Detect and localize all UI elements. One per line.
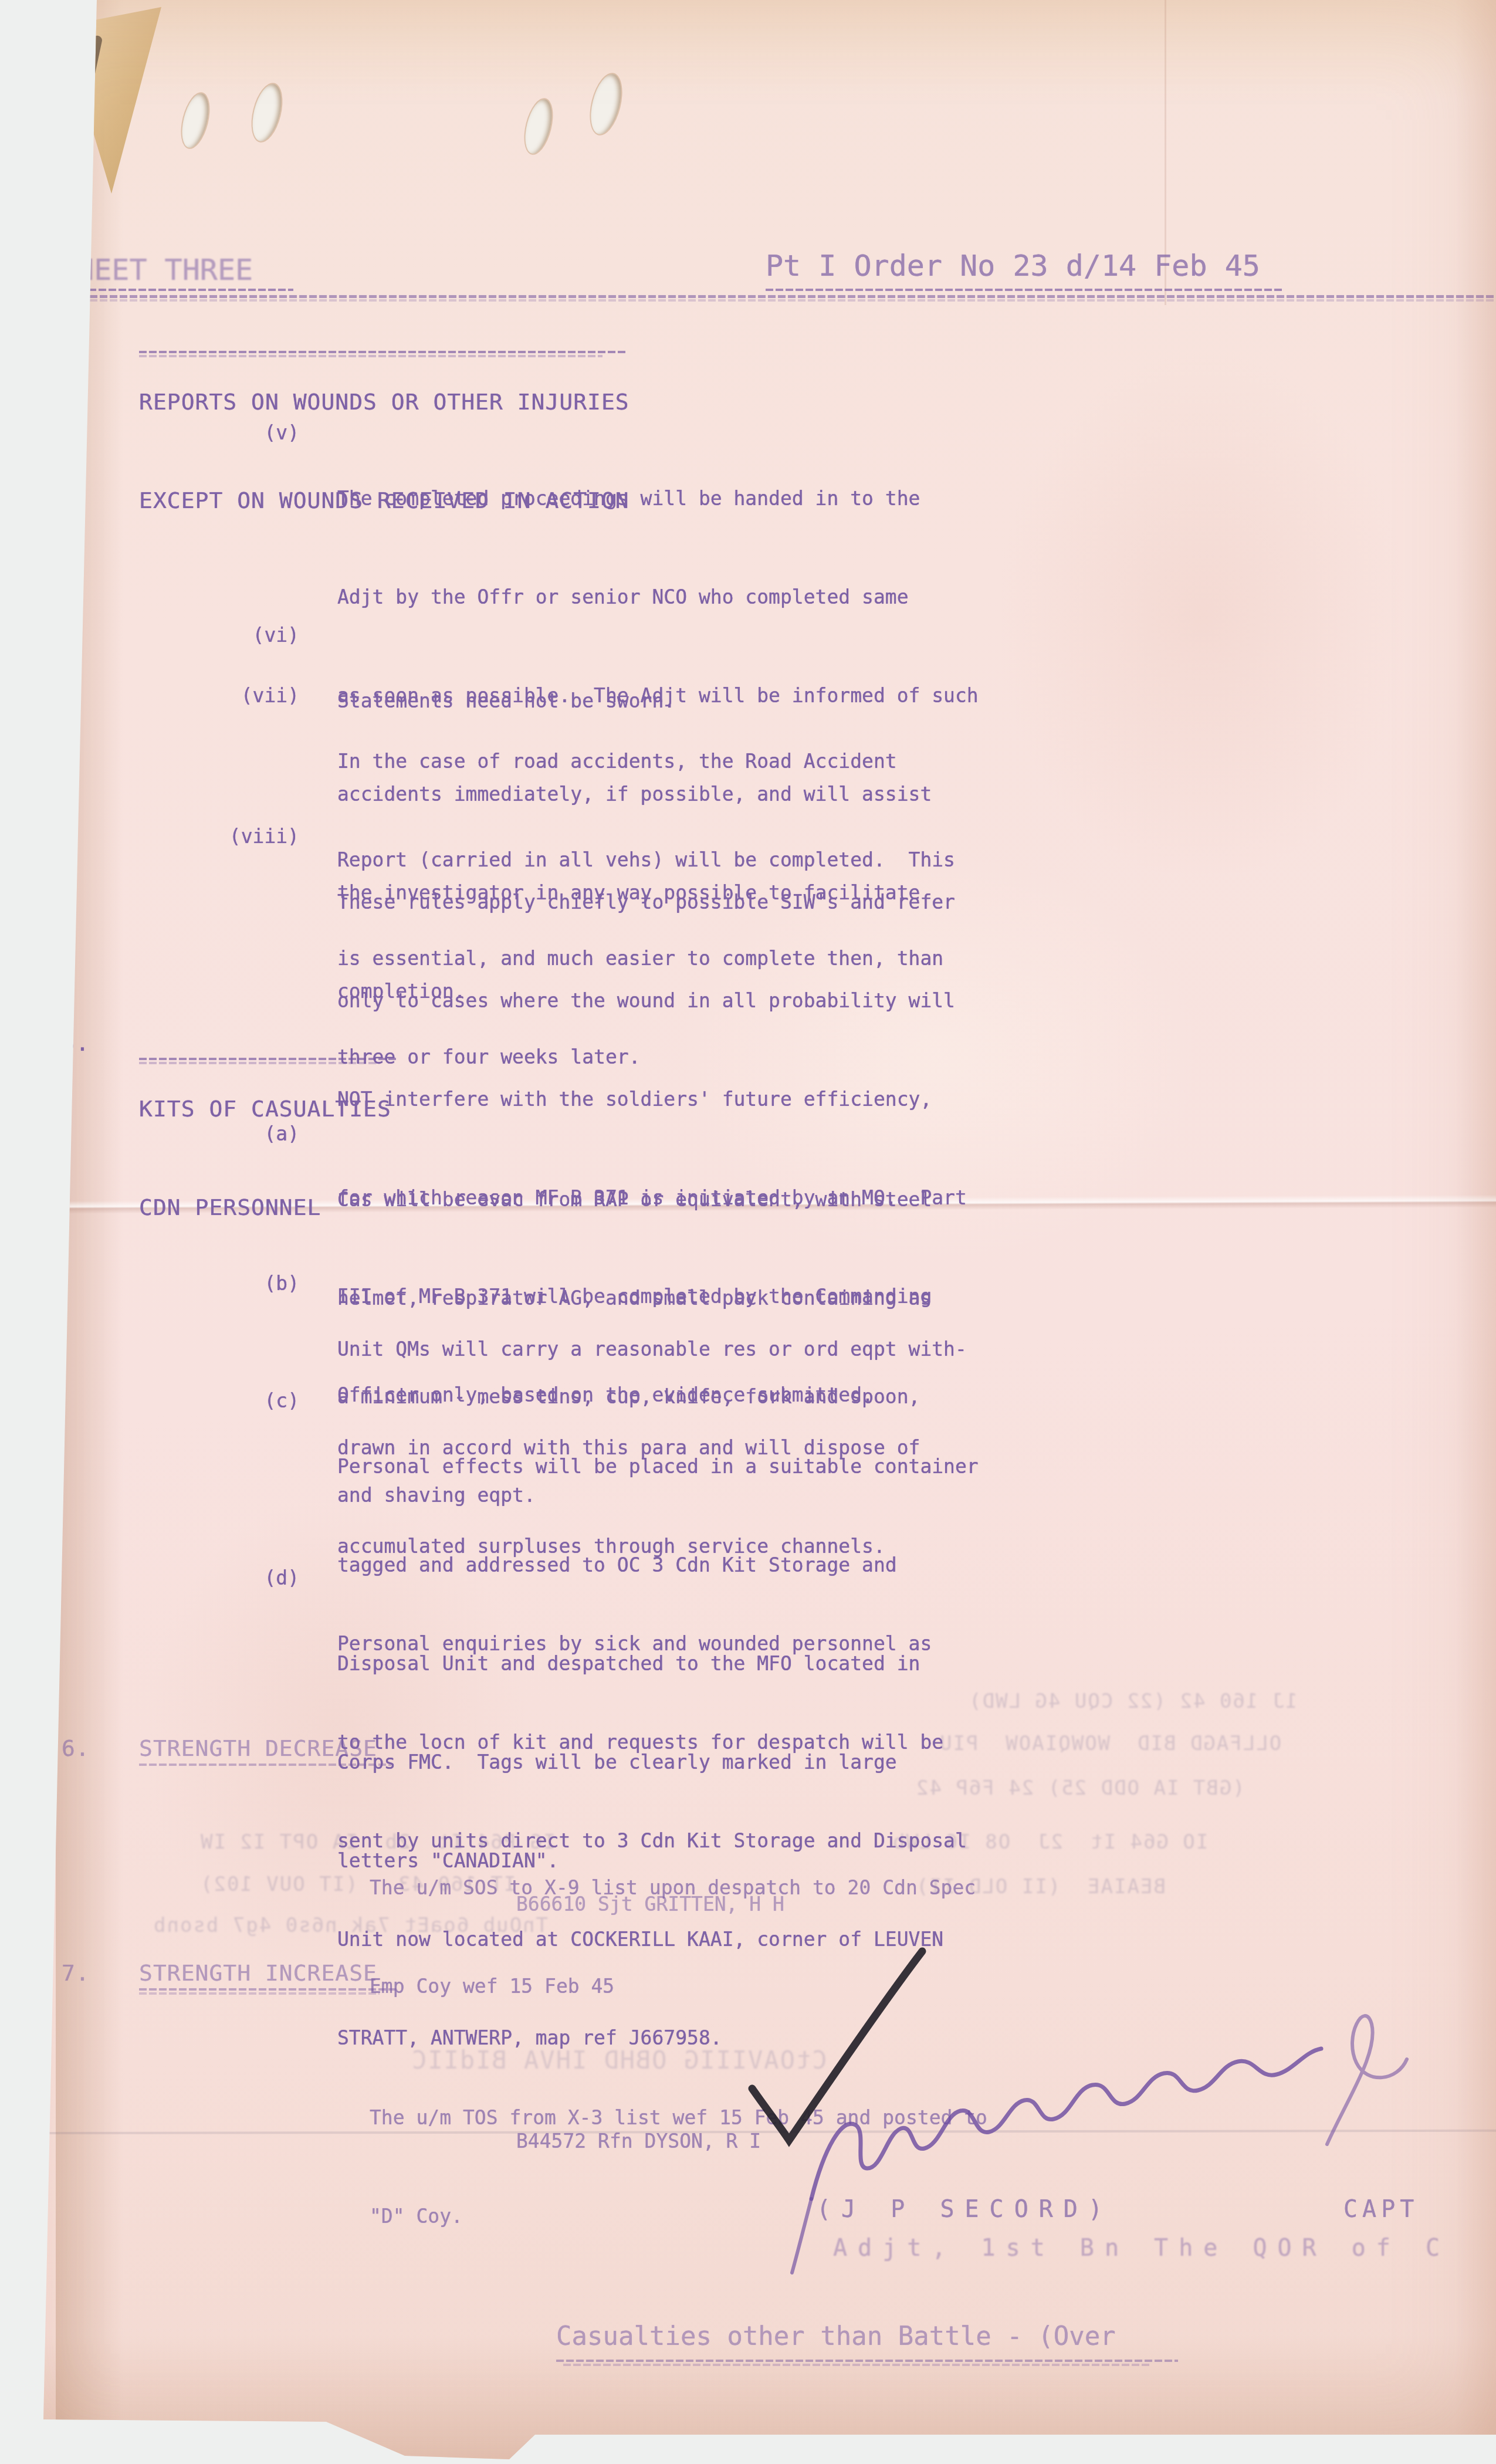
typed-line: only to cases where the wound in all pro… (337, 984, 967, 1017)
paper-sheet: 1J 160 42 (22 CQU 4G LWD) OLLFAGD BID WO… (0, 0, 1496, 2464)
item-label: (b) (217, 1267, 299, 1300)
punch-hole (520, 97, 557, 157)
signatory-appointment: Adjt, 1st Bn The QOR of C (833, 2232, 1450, 2265)
item-label: (viii) (217, 820, 299, 853)
paper-bottom-shading (0, 2335, 1496, 2464)
paper-top-shading (0, 0, 1496, 100)
typed-underline (139, 1764, 391, 1766)
typed-underline (766, 289, 1282, 291)
scanned-document: 1J 160 42 (22 CQU 4G LWD) OLLFAGD BID WO… (0, 0, 1496, 2464)
header-rule-echo (0, 299, 1496, 302)
typed-line: to the locn of kit and requests for desp… (337, 1726, 967, 1759)
typed-line: These rules apply chiefly to possible SI… (337, 886, 967, 919)
section-heading: STRENGTH INCREASE (139, 1957, 377, 1989)
typed-underline (139, 1062, 380, 1064)
item-label: (vi) (217, 619, 299, 652)
typed-underline (563, 2364, 1150, 2366)
section-paragraph: The u/m SOS to X-9 list upon despatch to… (370, 1806, 976, 2069)
bleed-through-line: 1J 160 42 (22 CQU 4G LWD) (968, 1690, 1298, 1713)
typed-underline (139, 355, 603, 357)
typed-signatory-name: (J P SECORD) (817, 2193, 1113, 2226)
soldier-entry: B44572 Rfn DYSON, R I (516, 2125, 761, 2158)
soldier-entry: B66610 Sjt GRITTEN, H H (516, 1888, 784, 1921)
item-label: (vii) (217, 679, 299, 712)
typed-line: Cas will be evac from RAP or equivalent,… (337, 1183, 932, 1216)
section-number: 6. (62, 1732, 90, 1765)
signatory-rank: CAPT (1343, 2193, 1419, 2226)
typed-underline (556, 2360, 1178, 2362)
item-label: (d) (217, 1562, 299, 1595)
typed-underline (59, 289, 293, 291)
order-reference: Pt I Order No 23 d/14 Feb 45 (766, 249, 1260, 282)
typed-line: Adjt by the Offr or senior NCO who compl… (337, 581, 979, 614)
section-heading-line: REPORTS ON WOUNDS OR OTHER INJURIES (139, 385, 629, 418)
section-number: 4. (62, 320, 90, 353)
typed-underline (139, 1988, 397, 1991)
item-label: (c) (217, 1385, 299, 1417)
sheet-label: SHEET THREE (59, 253, 253, 286)
paper-stain (997, 352, 1408, 880)
typed-line: In the case of road accidents, the Road … (337, 745, 955, 778)
typed-underline (139, 351, 626, 353)
paper-left-edge-shadow (56, 0, 123, 2464)
bleed-through-line: OLLFAGD BID WOWQIAOW PIU (939, 1732, 1281, 1755)
section-number: 5. (62, 1027, 90, 1060)
signature-flourish (1327, 2016, 1407, 2144)
typed-underline (139, 1058, 397, 1060)
section-heading: STRENGTH DECREASE (139, 1732, 377, 1765)
typed-line: Personal enquiries by sick and wounded p… (337, 1627, 967, 1660)
typed-line: The completed proceedings will be handed… (337, 482, 979, 515)
item-label: (a) (217, 1118, 299, 1150)
typed-underline (139, 1992, 380, 1995)
paper-right-edge-shadow (1455, 0, 1496, 2464)
header-rule (0, 295, 1496, 298)
typed-line: Unit QMs will carry a reasonable res or … (337, 1333, 967, 1366)
item-label: (v) (217, 417, 299, 449)
typed-line: Personal effects will be placed in a sui… (337, 1450, 979, 1483)
typed-line: Emp Coy wef 15 Feb 45 (370, 1970, 976, 2003)
typed-line: NOT interfere with the soldiers' future … (337, 1083, 967, 1116)
continuation-note: Casualties other than Battle - (Over (556, 2320, 1116, 2353)
section-number: 7. (62, 1957, 90, 1989)
